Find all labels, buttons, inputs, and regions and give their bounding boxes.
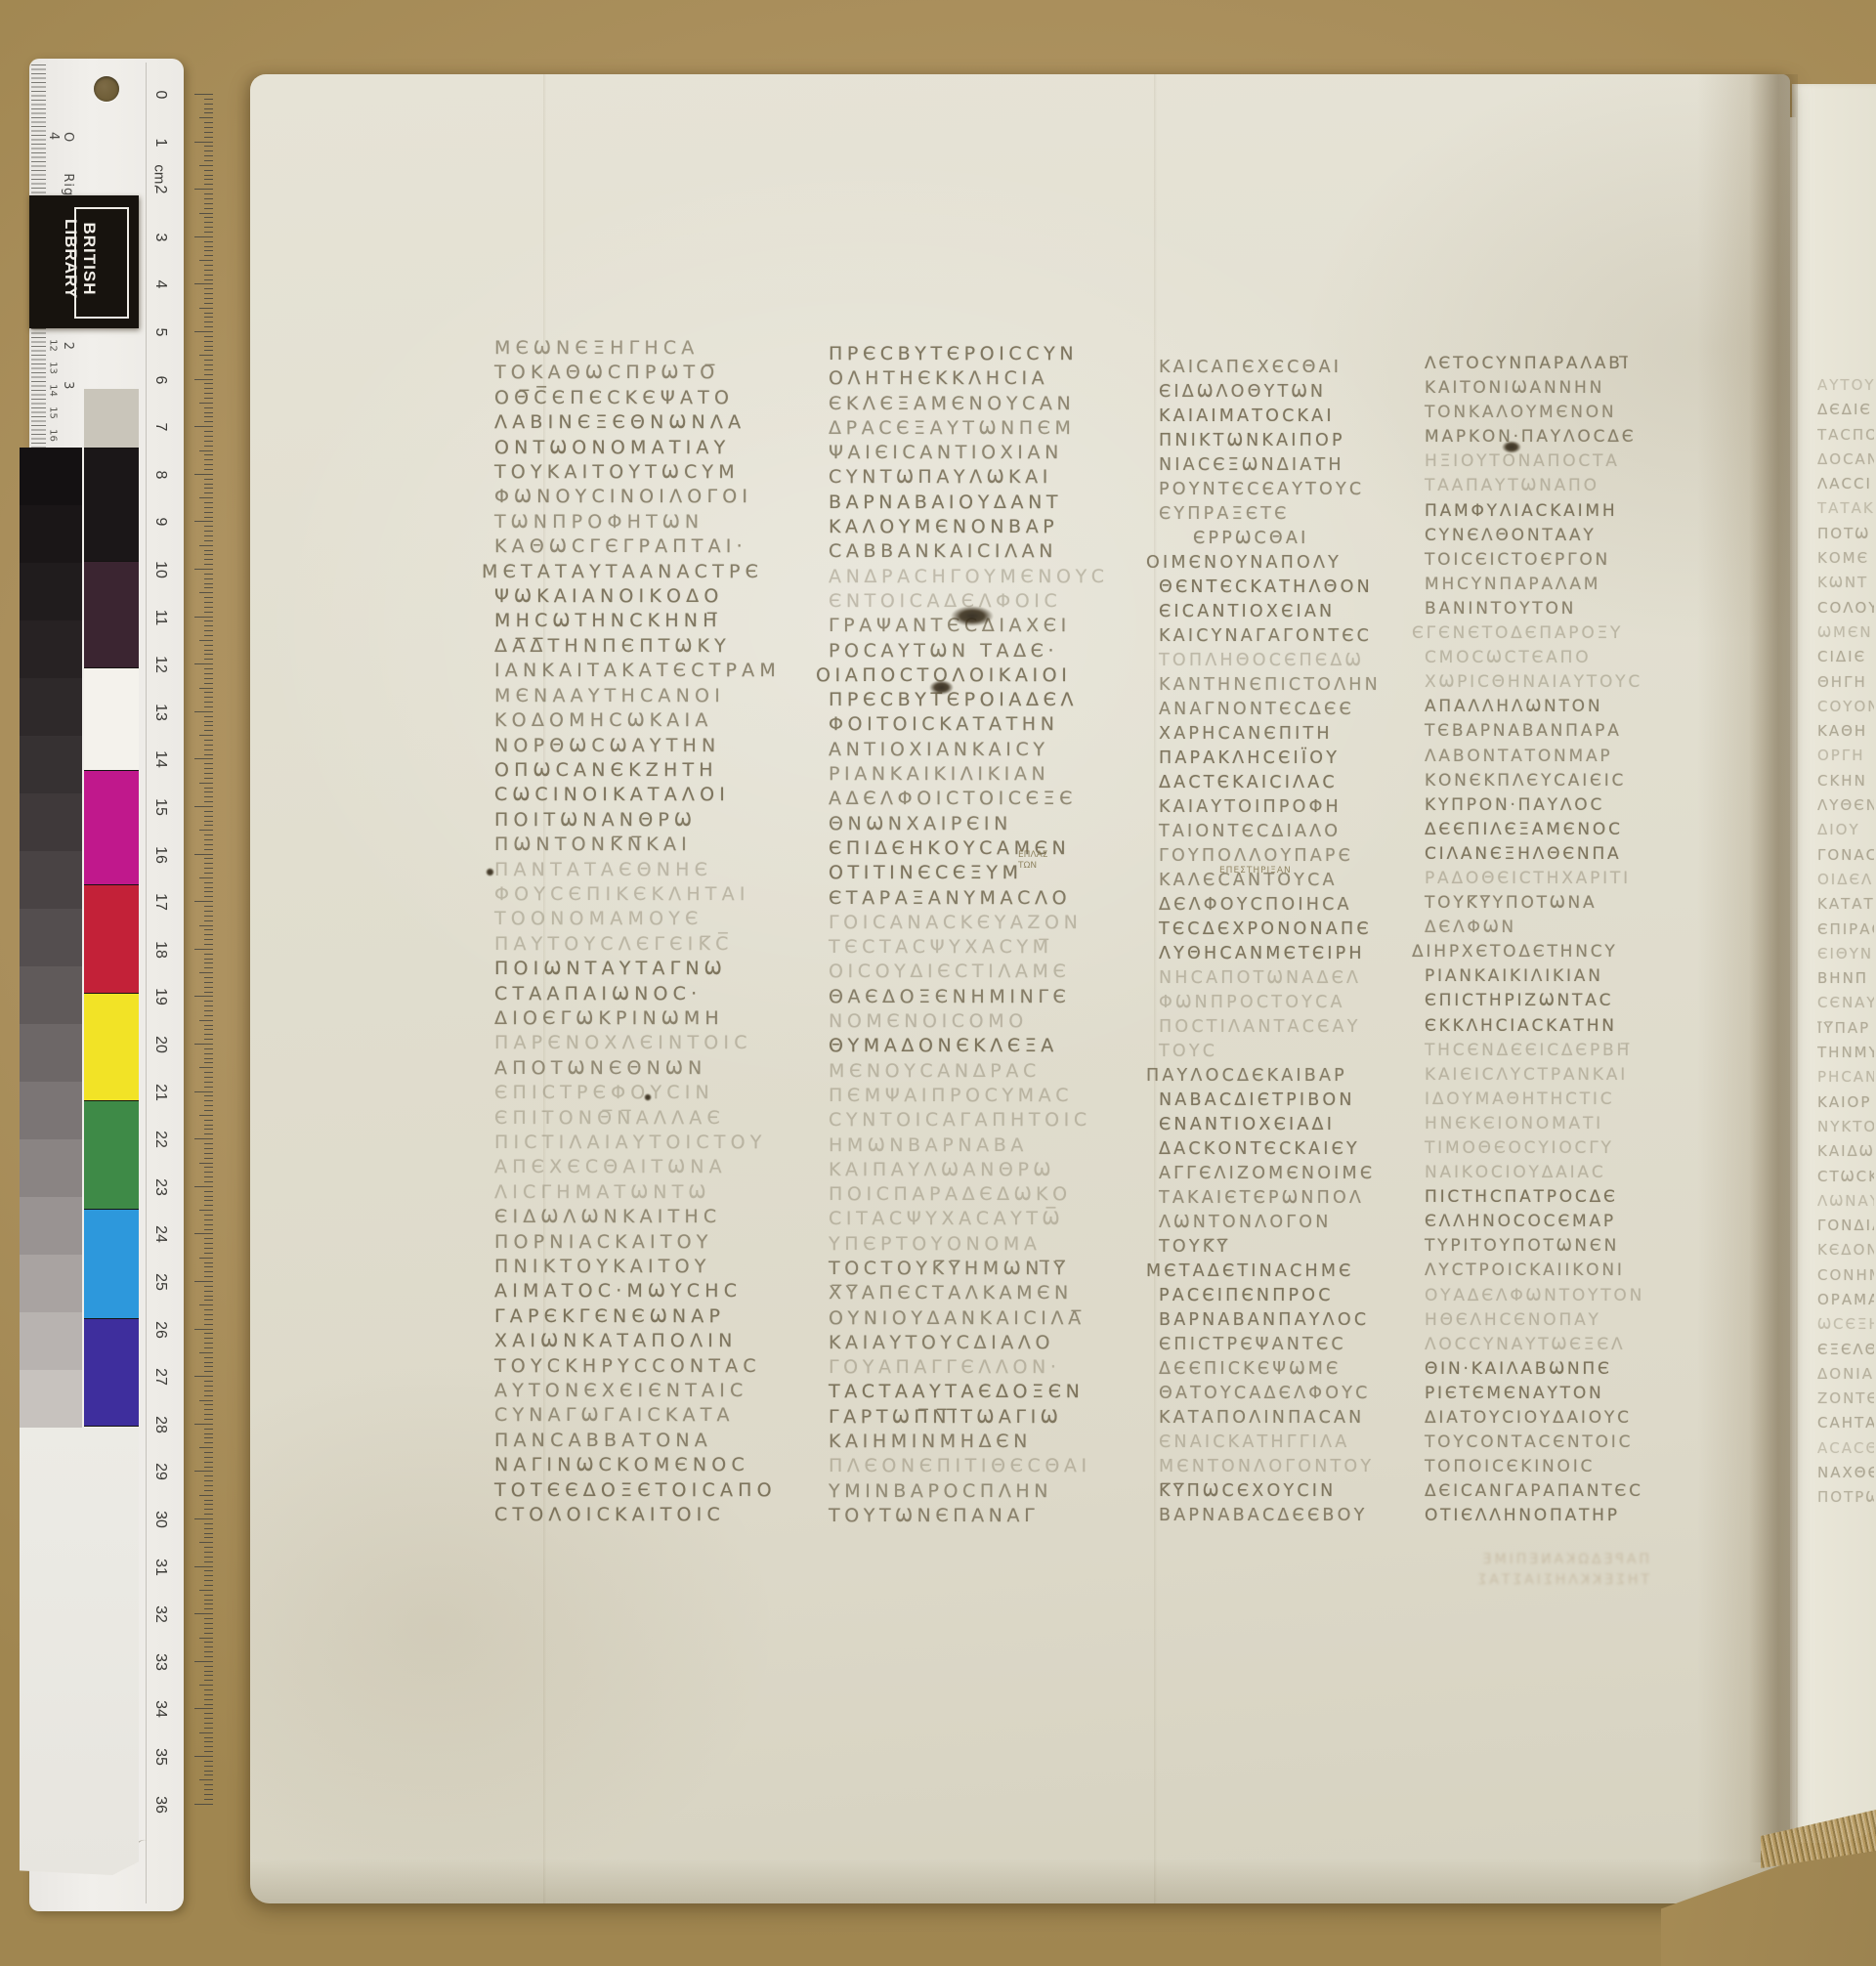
cm-tick	[199, 1163, 213, 1164]
manuscript-line: ЄΚΛЄΞΑΜЄΝΟΥСΑΝ	[829, 392, 1122, 416]
manuscript-line: ΟΛΗΤΗЄΚΚΛΗСΙΑ	[829, 366, 1122, 391]
manuscript-line: ΚΑΙЄΙСΛΥСΤΡΑΝΚΑΙ	[1425, 1063, 1671, 1088]
manuscript-line: ΟΝΤѠΟΝΟΜΑΤΙΑΥ	[494, 436, 799, 460]
manuscript-line: ΥΜΙΝΒΑΡΟСΠΛΗΝ	[829, 1479, 1122, 1504]
facing-page-text: ΑΥΤΟΥΔЄΔΙЄΤΑСΠΟΔΟСΑΝΛΑССΙΤΑΤΑΚΠΟΤѠΚΟΜЄΚѠ…	[1817, 373, 1874, 1526]
cm-tick	[204, 512, 213, 513]
manuscript-line: ЄΡΡѠСΘΑΙ	[1159, 527, 1421, 551]
cm-tick	[204, 887, 213, 888]
manuscript-line: ЄΙΔѠΛѠΝΚΑΙΤΗС	[494, 1205, 799, 1229]
cm-tick	[204, 1404, 213, 1405]
manuscript-line: ΔЄΛΦΟΥСΠΟΙΗСΑ	[1159, 893, 1421, 918]
manuscript-line: ЄΙΔѠΛΟΘΥΤѠΝ	[1159, 380, 1421, 405]
manuscript-line: ΡΑΔΟΘЄΙСΤΗΧΑΡΙΤΙ	[1425, 867, 1671, 891]
facing-page-line: ΚΟΜЄ	[1817, 546, 1874, 571]
cm-tick	[204, 540, 213, 541]
cm-tick	[204, 1575, 213, 1576]
cm-tick	[204, 849, 213, 850]
manuscript-line: СΙΛΑΝЄΞΗΛΘЄΝΠΑ	[1425, 842, 1671, 867]
manuscript-line: ЄΥΠΡΑΞЄΤЄ	[1159, 502, 1421, 527]
manuscript-line: ΤΑΙΟΝΤЄСΔΙΑΛΟ	[1159, 820, 1421, 844]
cm-tick	[194, 236, 213, 237]
cm-tick	[204, 1595, 213, 1596]
cm-tick	[204, 1618, 213, 1619]
manuscript-line: ΔЄΛΦѠΝ	[1425, 916, 1671, 940]
cm-tick	[204, 1072, 213, 1073]
cm-tick	[204, 288, 213, 289]
manuscript-line: ΔЄЄΠΙСΚЄΨѠΜЄ	[1159, 1357, 1421, 1382]
cm-tick	[204, 1291, 213, 1292]
cm-tick	[204, 683, 213, 684]
cm-tick	[204, 625, 213, 626]
cm-tick	[204, 574, 213, 575]
manuscript-line: ΤΟΠΟΙСЄΚΙΝΟΙС	[1425, 1455, 1671, 1479]
cm-tick	[199, 213, 213, 214]
manuscript-line: ΠΑΥΛΟСΔЄΚΑΙΒΑΡ	[1159, 1064, 1421, 1089]
cm-tick	[204, 412, 213, 413]
manuscript-line: ЄΝΑΝΤΙΟΧЄΙΑΔΙ	[1159, 1113, 1421, 1137]
manuscript-line: ΒΑΝΙΝΤΟΥΤΟΝ	[1425, 597, 1671, 621]
manuscript-line: ΚΑΙΗΜΙΝΜΗΔЄΝ	[829, 1430, 1122, 1454]
facing-page-line: СЄΝΑΥ	[1817, 991, 1874, 1015]
cm-tick	[204, 1286, 213, 1287]
manuscript-line: ΤΟΤЄЄΔΟΞЄΤΟΙСΑΠΟ	[494, 1478, 799, 1503]
grayscale-step	[20, 1255, 82, 1312]
cm-number: 27	[151, 1364, 169, 1389]
cm-tick	[204, 146, 213, 147]
cm-tick	[199, 1067, 213, 1068]
cm-number: 18	[151, 937, 169, 962]
cm-number: 8	[151, 462, 169, 488]
manuscript-line: ΤΟΝΚΑΛΟΥΜЄΝΟΝ	[1425, 401, 1671, 425]
facing-page-line: СΟΥΟΝ	[1817, 695, 1874, 719]
gutter-shadow	[1749, 74, 1798, 1862]
cm-tick	[204, 607, 213, 608]
grayscale-step	[20, 1139, 82, 1197]
manuscript-line: ΛΑΒΙΝЄΞЄΘΝѠΝΛΑ	[494, 410, 799, 435]
manuscript-line: ΑΝΔΡΑСΗΓΟΥΜЄΝΟΥС	[829, 565, 1122, 589]
cm-tick	[204, 554, 213, 555]
cm-tick	[204, 407, 213, 408]
cm-tick	[204, 217, 213, 218]
manuscript-line: ΤΑΚΑΙЄΤЄΡѠΝΠΟΛ	[1159, 1186, 1421, 1211]
manuscript-line: ΠΑΝСΑΒΒΑΤΟΝΑ	[494, 1429, 799, 1453]
manuscript-line: ΤΟΥС	[1159, 1040, 1421, 1064]
manuscript-line: ΧΑΙѠΝΚΑΤΑΠΟΛΙΝ	[494, 1329, 799, 1353]
cm-number: 36	[151, 1792, 169, 1817]
manuscript-line: ΨѠΚΑΙΑΝΟΙΚΟΔΟ	[494, 584, 799, 609]
strip-white-backing	[20, 1428, 139, 1875]
cm-tick	[204, 484, 213, 485]
cm-number: 19	[151, 984, 169, 1009]
cm-tick	[199, 1542, 213, 1543]
manuscript-line: СΥΝΑΓѠΓΑΙСΚΑΤΑ	[494, 1403, 799, 1428]
cm-tick	[204, 421, 213, 422]
manuscript-line: ΜΑΡΚΟΝ·ΠΑΥΛΟСΔЄ	[1425, 425, 1671, 449]
manuscript-line: ΚΑΙΑΙΜΑΤΟСΚΑΙ	[1159, 405, 1421, 429]
manuscript-line: ΠΟΙѠΝΤΑΥΤΑΓΝѠ	[494, 957, 799, 981]
cm-tick	[204, 1029, 213, 1030]
cm-tick	[204, 916, 213, 917]
manuscript-line: ΠΑΥΤΟΥСΛЄΓЄΙΚ̅С̅	[494, 932, 799, 957]
manuscript-line: ΤΟΚΑΘѠСΠΡѠΤΟ̅	[494, 361, 799, 385]
cm-tick	[204, 730, 213, 731]
manuscript-line: ΚΑΛΟΥΜЄΝΟΝΒΑΡ	[829, 515, 1122, 539]
cm-tick	[204, 1082, 213, 1083]
manuscript-line: ΧѠΡΙСΘΗΝΑΙΑΥΤΟΥС	[1425, 670, 1671, 695]
manuscript-line: ΟΙΜЄΝΟΥΝΑΠΟΛΥ	[1159, 551, 1421, 576]
cm-tick	[204, 1475, 213, 1476]
cm-tick	[204, 1319, 213, 1320]
cm-tick	[194, 426, 213, 427]
cm-tick	[204, 108, 213, 109]
cm-number: 24	[151, 1221, 169, 1247]
manuscript-line: СΜΟСѠСΤЄΑΠΟ	[1425, 646, 1671, 670]
cm-tick	[204, 816, 213, 817]
manuscript-line: ΦѠΝΠΡΟСΤΟΥСΑ	[1159, 991, 1421, 1015]
cm-tick	[204, 1238, 213, 1239]
cm-tick	[204, 441, 213, 442]
cm-tick	[204, 1666, 213, 1667]
cm-tick	[204, 1133, 213, 1134]
cm-tick	[194, 283, 213, 284]
manuscript-line: ΠΝΙΚΤΟΥΚΑΙΤΟΥ	[494, 1255, 799, 1279]
facing-page-line: ΔΟΝΙΑ	[1817, 1362, 1874, 1387]
cm-tick	[199, 403, 213, 404]
cm-tick	[204, 645, 213, 646]
brand-line: BRITISH	[80, 181, 99, 337]
manuscript-line: ΡΙΑΝΚΑΙΚΙΛΙΚΙΑΝ	[829, 762, 1122, 787]
cm-tick	[204, 1452, 213, 1453]
cm-tick	[204, 1467, 213, 1468]
cm-tick	[204, 1561, 213, 1562]
manuscript-line: ΗΝЄΚЄΙΟΝΟΜΑΤΙ	[1425, 1112, 1671, 1136]
cm-tick	[204, 896, 213, 897]
facing-page-line: ΔΟСΑΝ	[1817, 448, 1874, 472]
cm-tick	[204, 1343, 213, 1344]
cm-tick	[204, 1585, 213, 1586]
cm-tick	[199, 1210, 213, 1211]
grayscale-step	[20, 909, 82, 966]
cm-tick	[204, 1224, 213, 1225]
facing-page-line: ΤΑСΠΟ	[1817, 423, 1874, 448]
manuscript-line: ΠΝΙΚΤѠΝΚΑΙΠΟΡ	[1159, 429, 1421, 453]
cm-tick	[199, 1447, 213, 1448]
cm-tick	[204, 1580, 213, 1581]
cm-tick	[199, 165, 213, 166]
manuscript-line: ΚΑΝΤΗΝЄΠΙСΤΟΛΗΝ	[1159, 673, 1421, 698]
facing-page-line: ΟΡΑΜΑЄ	[1817, 1288, 1874, 1312]
cm-tick	[204, 873, 213, 874]
manuscript-line: ΝΟΡΘѠСѠΑΥΤΗΝ	[494, 734, 799, 758]
cm-tick	[204, 265, 213, 266]
cm-tick	[204, 788, 213, 789]
cm-tick	[199, 1590, 213, 1591]
manuscript-line: ΓΟΙСΑΝΑСΚЄΥΑΖΟΝ	[829, 911, 1122, 935]
cm-number: 32	[151, 1602, 169, 1627]
side-number: 13	[48, 359, 59, 378]
cm-tick	[204, 132, 213, 133]
color-patch-worn-texture	[84, 389, 139, 449]
facing-page-line: ΚΑΘΗ	[1817, 719, 1874, 744]
cm-tick	[204, 531, 213, 532]
grayscale-wedge	[20, 448, 82, 1428]
cm-tick	[204, 1600, 213, 1601]
manuscript-line: ΤΟΥΚΑΙΤΟΥΤѠСΥΜ	[494, 460, 799, 485]
cm-tick	[194, 1518, 213, 1519]
manuscript-line: СΙΤΑСΨΥΧΑСΑΥΤѠ̅	[829, 1207, 1122, 1231]
cm-number: 33	[151, 1649, 169, 1675]
cm-tick	[204, 1333, 213, 1334]
cm-tick	[194, 1566, 213, 1567]
cm-tick	[194, 1186, 213, 1187]
manuscript-line: ΑΠΑΛΛΗΛѠΝΤΟΝ	[1425, 695, 1671, 719]
manuscript-line: ΤΟΠΛΗΘΟСЄΠЄΔѠ	[1159, 649, 1421, 673]
cm-tick	[204, 1504, 213, 1505]
manuscript-line: ΓΑΡЄΚΓЄΝЄѠΝΑΡ	[494, 1304, 799, 1329]
cm-tick	[204, 99, 213, 100]
cm-tick	[204, 1457, 213, 1458]
cm-tick	[204, 1125, 213, 1126]
cm-tick	[204, 1243, 213, 1244]
facing-page-line: ΘΗΓΗ	[1817, 670, 1874, 695]
cm-tick	[199, 1400, 213, 1401]
manuscript-line: СΥΝΤѠΠΑΥΛѠΚΑΙ	[829, 465, 1122, 490]
facing-page-line: СΟΛΟΥ	[1817, 596, 1874, 620]
manuscript-line: ΔΙΗΡΧЄΤΟΔЄΤΗΝСΥ	[1425, 940, 1671, 964]
facing-page-line: СΙΔΙЄ	[1817, 645, 1874, 669]
manuscript-line: ΝΙΑСЄΞѠΝΔΙΑΤΗ	[1159, 453, 1421, 478]
cm-tick	[204, 341, 213, 342]
facing-page-line: СΑΗΤΑ	[1817, 1411, 1874, 1435]
cm-number: 31	[151, 1555, 169, 1580]
cm-tick	[199, 1732, 213, 1733]
manuscript-line: ΠΙСΤΗСΠΑΤΡΟСΔЄ	[1425, 1185, 1671, 1210]
cm-tick	[204, 1429, 213, 1430]
cm-tick	[204, 1034, 213, 1035]
cm-number: 2	[151, 177, 169, 202]
side-number: 16	[48, 426, 59, 446]
cm-tick	[204, 1172, 213, 1173]
facing-page-line: Ι̅Υ̅ΠΑΡ	[1817, 1016, 1874, 1041]
manuscript-line: ΘΥΜΑΔΟΝЄΚΛЄΞΑ	[829, 1034, 1122, 1058]
cm-tick	[204, 1262, 213, 1263]
manuscript-line: ΚΑΤΑΠΟΛΙΝΠΑСΑΝ	[1159, 1406, 1421, 1431]
cm-tick	[194, 1471, 213, 1472]
cm-tick	[204, 1442, 213, 1443]
manuscript-line: ΘЄΝΤЄСΚΑΤΗΛΘΟΝ	[1159, 576, 1421, 600]
cm-tick	[194, 1424, 213, 1425]
cm-tick	[204, 198, 213, 199]
cm-tick	[204, 1025, 213, 1026]
manuscript-line: ΔΙΑΤΟΥСΙΟΥΔΑΙΟΥС	[1425, 1406, 1671, 1431]
cm-tick	[199, 497, 213, 498]
cm-tick	[204, 388, 213, 389]
manuscript-line: ΝΑΓΙΝѠСΚΟΜЄΝΟС	[494, 1453, 799, 1477]
facing-page-line: ΓΟΝΔΙΑ	[1817, 1214, 1874, 1238]
cm-tick	[199, 830, 213, 831]
ink-blot	[644, 1093, 652, 1101]
cm-tick	[204, 939, 213, 940]
cm-tick	[194, 949, 213, 950]
cm-tick	[204, 104, 213, 105]
brand-line: LIBRARY	[62, 181, 80, 337]
cm-tick	[199, 1115, 213, 1116]
cm-tick	[204, 811, 213, 812]
cm-tick	[204, 1001, 213, 1002]
manuscript-line: Χ̅Υ̅ΑΠЄСΤΑΛΚΑΜЄΝ	[829, 1281, 1122, 1305]
text-column-3: ΚΑΙСΑΠЄΧЄСΘΑΙЄΙΔѠΛΟΘΥΤѠΝΚΑΙΑΙΜΑΤΟСΚΑΙΠΝΙ…	[1159, 356, 1421, 1528]
cm-tick	[204, 1794, 213, 1795]
cm-tick	[204, 1537, 213, 1538]
cm-tick	[204, 346, 213, 347]
cm-tick	[204, 507, 213, 508]
manuscript-line: ΘΑΤΟΥСΑΔЄΛΦΟΥС	[1159, 1382, 1421, 1406]
cm-tick	[204, 488, 213, 489]
manuscript-line: ΤΟΥСΟΝΤΑСЄΝΤΟΙС	[1425, 1431, 1671, 1455]
cm-tick	[204, 1462, 213, 1463]
grayscale-step	[20, 793, 82, 851]
cm-tick	[204, 1433, 213, 1434]
cm-tick	[204, 431, 213, 432]
cm-tick	[204, 364, 213, 365]
cm-tick	[204, 1053, 213, 1054]
cm-tick	[204, 1215, 213, 1216]
cm-tick	[194, 1044, 213, 1045]
cm-tick	[204, 1181, 213, 1182]
manuscript-line: СΥΝΤΟΙСΑΓΑΠΗΤΟΙС	[829, 1108, 1122, 1133]
facing-page-line: ΚΑΙΔѠ	[1817, 1139, 1874, 1164]
manuscript-line: СѠСΙΝΟΙΚΑΤΑΛΟΙ	[494, 783, 799, 807]
cm-tick	[204, 796, 213, 797]
cm-tick	[204, 436, 213, 437]
manuscript-line: ΡΙЄΤЄΜЄΝΑΥΤΟΝ	[1425, 1382, 1671, 1406]
manuscript-line: ΜЄΤΑΔЄΤΙΝΑСΗΜЄ	[1159, 1260, 1421, 1284]
cm-tick	[204, 1309, 213, 1310]
manuscript-line: ЄΝΑΙСΚΑΤΗΓΓΙΛΑ	[1159, 1431, 1421, 1455]
cm-tick	[199, 1304, 213, 1305]
cm-number: 29	[151, 1459, 169, 1484]
grayscale-step	[20, 1312, 82, 1370]
facing-page-line: ΛΥΘЄΝ	[1817, 793, 1874, 818]
cm-tick	[204, 1048, 213, 1049]
manuscript-line: ΠΟΙΤѠΝΑΝΘΡѠ	[494, 808, 799, 833]
cm-tick	[204, 1100, 213, 1101]
cm-tick	[204, 454, 213, 455]
facing-page-line: ΝΑΧΘЄ	[1817, 1461, 1874, 1485]
cm-tick	[204, 768, 213, 769]
cm-tick	[204, 1675, 213, 1676]
color-patch-yellow	[84, 994, 139, 1101]
manuscript-line: ΤΑСΤΑΑΥΤΑЄΔΟΞЄΝ	[829, 1380, 1122, 1404]
cm-tick	[204, 1523, 213, 1524]
cm-tick	[204, 321, 213, 322]
facing-page-line: ΠΟΤΡѠ	[1817, 1485, 1874, 1510]
cm-tick	[204, 911, 213, 912]
cm-number: 28	[151, 1412, 169, 1437]
cm-tick	[204, 526, 213, 527]
cm-number: 15	[151, 794, 169, 820]
cm-tick	[204, 1419, 213, 1420]
cm-tick	[204, 929, 213, 930]
brand-text: BRITISH LIBRARY	[62, 181, 99, 337]
color-patch-magenta	[84, 771, 139, 885]
cm-tick	[204, 112, 213, 113]
cm-tick	[204, 255, 213, 256]
cm-tick	[199, 688, 213, 689]
cm-tick	[204, 270, 213, 271]
cm-tick	[204, 882, 213, 883]
cm-tick	[204, 697, 213, 698]
cm-tick	[204, 241, 213, 242]
manuscript-line: ΑΝΑΓΝΟΝΤЄСΔЄЄ	[1159, 698, 1421, 722]
manuscript-line: ЄΠΙСΤΗΡΙΖѠΝΤΑС	[1425, 989, 1671, 1013]
cm-tick	[194, 996, 213, 997]
cm-tick	[194, 854, 213, 855]
manuscript-line: ΗΞΙΟΥΤΟΝΑΠΟСΤΑ	[1425, 449, 1671, 474]
cm-tick	[204, 821, 213, 822]
cm-tick	[204, 469, 213, 470]
facing-page-line: ΑСΑСΘ	[1817, 1436, 1874, 1461]
cm-tick	[204, 1514, 213, 1515]
manuscript-line: ΝΑΒΑСΔΙЄΤΡΙΒΟΝ	[1159, 1089, 1421, 1113]
manuscript-line: ΙΔΟΥΜΑΘΗΤΗСΤΙС	[1425, 1088, 1671, 1112]
side-number: 15	[48, 404, 59, 423]
cm-tick	[204, 1784, 213, 1785]
manuscript-line: ΦѠΝΟΥСΙΝΟΙΛΟΓΟΙ	[494, 485, 799, 509]
color-calibration-strip	[84, 389, 139, 1427]
manuscript-line: ΟΘ̅С̅ЄΠЄСΚЄΨΑΤΟ	[494, 386, 799, 410]
facing-page-line: ΝΥΚΤΟ	[1817, 1115, 1874, 1139]
manuscript-line: ΠΑΡΑΚΛΗСЄΙΪΟΥ	[1159, 747, 1421, 771]
cm-tick	[204, 987, 213, 988]
manuscript-line: ΟΥΝΙΟΥΔΑΝΚΑΙСΙΛΑ̅	[829, 1306, 1122, 1331]
cm-tick	[204, 954, 213, 955]
color-patch-black	[84, 449, 139, 562]
cm-tick	[194, 142, 213, 143]
cm-tick	[204, 313, 213, 314]
cm-tick	[194, 663, 213, 664]
cm-tick	[204, 1646, 213, 1647]
cm-number: 9	[151, 509, 169, 534]
manuscript-line: ΔΑ̅Δ̅ΤΗΝΠЄΠΤѠΚΥ	[494, 634, 799, 659]
cm-tick	[204, 208, 213, 209]
manuscript-line: ΑΙΜΑΤΟС·ΜѠΥСΗС	[494, 1279, 799, 1304]
manuscript-line: ΜЄΤΑΤΑΥΤΑΑΝΑСΤΡЄ	[494, 560, 799, 584]
cm-tick	[204, 1148, 213, 1149]
cm-tick	[199, 783, 213, 784]
show-through-text: ΠΑΡΕΔΩΚΑΝΕΠΙΜΕ ΤΗΣΕΚΚΛΗΣΙΑΣΤΑΣ	[1444, 1550, 1649, 1591]
cm-tick	[204, 863, 213, 864]
cm-tick	[204, 977, 213, 978]
facing-page-line: ΑΥΤΟΥ	[1817, 373, 1874, 398]
cm-number: 3	[151, 225, 169, 250]
manuscript-line: ΚΑΙΠΑΥΛѠΑΝΘΡѠ	[829, 1158, 1122, 1182]
manuscript-line: ΛΥСΤΡΟΙСΚΑΙΙΚΟΝΙ	[1425, 1259, 1671, 1283]
grayscale-step	[20, 1024, 82, 1082]
side-number: 12	[48, 336, 59, 356]
cm-tick	[204, 279, 213, 280]
cm-tick	[204, 1799, 213, 1800]
manuscript-line: ΜЄѠΝЄΞΗΓΗСΑ	[494, 336, 799, 361]
cm-tick	[204, 754, 213, 755]
cm-tick	[204, 597, 213, 598]
cm-tick	[204, 1437, 213, 1438]
ink-blot	[929, 680, 954, 695]
cm-tick	[199, 735, 213, 736]
cm-tick	[204, 137, 213, 138]
cm-number: 22	[151, 1127, 169, 1152]
